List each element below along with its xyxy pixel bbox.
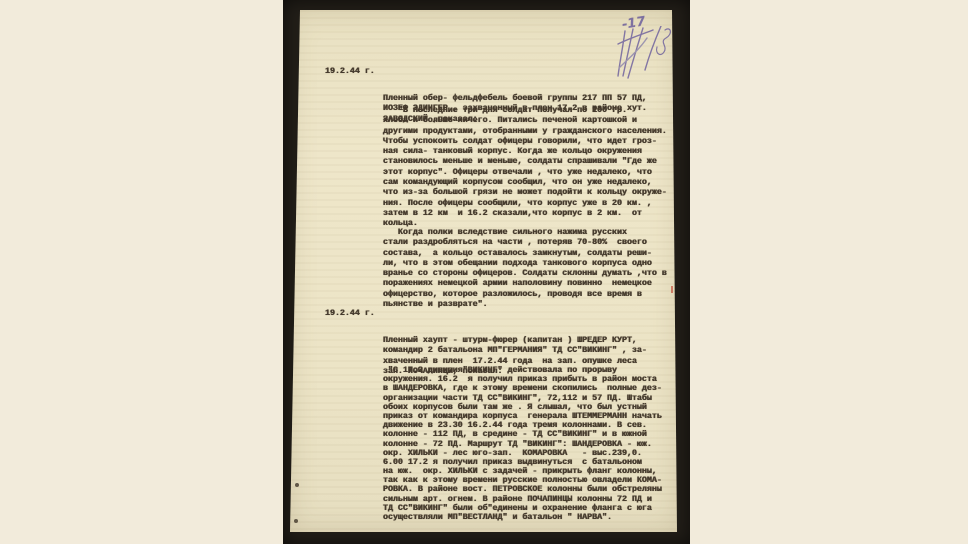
text-line: 6.00 17.2 я получил приказ выдвинуться с… bbox=[383, 458, 662, 467]
text-line: ли, что в этом обещании подхода танковог… bbox=[383, 259, 667, 269]
text-line: на юж. окр. ХИЛЬКИ с задачей - прикрыть … bbox=[383, 467, 662, 476]
text-line: Когда полки вследствие сильного нажима р… bbox=[383, 228, 667, 238]
text-line: ная сила- танковый корпус. Когда же коль… bbox=[383, 147, 667, 157]
text-line: колонне - 112 ПД, в средине - ТД СС"ВИКИ… bbox=[383, 430, 662, 439]
entry-1-date: 19.2.44 г. bbox=[325, 67, 375, 76]
text-line: обоих корпусов были там же . Я слышал, ч… bbox=[383, 403, 662, 412]
text-line: колонне - 72 ПД. Маршрут ТД "ВИКИНГ": ША… bbox=[383, 440, 662, 449]
text-line: сам командующий корпусом сообщил, что он… bbox=[383, 178, 667, 188]
text-line: ния. После офицеры сообщили, что корпус … bbox=[383, 199, 667, 209]
punch-hole bbox=[294, 27, 298, 31]
entry-2-paragraph-1: "С 17.2 дивизия"ВИКИНГ" действовала по п… bbox=[383, 366, 662, 522]
text-line: офицерство, которое разложилось, проводя… bbox=[383, 290, 667, 300]
text-line: стали раздробляться на части , потеряв 7… bbox=[383, 238, 667, 248]
red-edge-mark bbox=[671, 286, 673, 293]
text-line: ТД СС"ВИКИНГ" были об"единены и охранени… bbox=[383, 504, 662, 513]
text-line: сильным арт. огнем. В районе ПОЧАПИНЦЫ к… bbox=[383, 495, 662, 504]
text-line: командир 2 батальона МП"ГЕРМАНИЯ" ТД СС"… bbox=[383, 346, 647, 356]
text-line: состава, а кольцо оставалось замкнутым, … bbox=[383, 249, 667, 259]
text-line: в ШАНДЕРОВКА, где к этому времени скопил… bbox=[383, 384, 662, 393]
text-line: "В последние три дня солдат получал по 1… bbox=[383, 106, 667, 116]
text-line: поражениях немецкой армии наполовину пов… bbox=[383, 279, 667, 289]
punch-hole bbox=[295, 483, 299, 487]
text-line: приказ от командира корпуса генерала ШТЕ… bbox=[383, 412, 662, 421]
text-line: организации части ТД СС"ВИКИНГ", 72,112 … bbox=[383, 394, 662, 403]
text-line: этот корпус". Офицеры отвечали , что уже… bbox=[383, 168, 667, 178]
text-line: окр. ХИЛЬКИ - лес юго-зап. КОМАРОВКА - в… bbox=[383, 449, 662, 458]
text-line: движение в 23.30 16.2.44 года тремя коло… bbox=[383, 421, 662, 430]
text-line: становилось меньше и меньше, солдаты спр… bbox=[383, 157, 667, 167]
text-line: "С 17.2 дивизия"ВИКИНГ" действовала по п… bbox=[383, 366, 662, 375]
text-line: что из-за большой грязи не может подойти… bbox=[383, 188, 667, 198]
document-scan-viewer: -17 19.2.44 г. Пленный обер- фельдфебель… bbox=[0, 0, 968, 544]
text-line: затем в 12 км и 16.2 сказали,что корпус … bbox=[383, 209, 667, 219]
scanned-page: -17 19.2.44 г. Пленный обер- фельдфебель… bbox=[290, 10, 677, 532]
entry-1-paragraph-2: Когда полки вследствие сильного нажима р… bbox=[383, 228, 667, 310]
text-line: вранье со стороны офицеров. Солдаты скло… bbox=[383, 269, 667, 279]
entry-1-paragraph-1: "В последние три дня солдат получал по 1… bbox=[383, 106, 667, 230]
text-line: Пленный хаупт - штурм-фюрер (капитан ) Ш… bbox=[383, 336, 647, 346]
text-line: осуществляли МП"ВЕСТЛАНД" и батальон " Н… bbox=[383, 513, 662, 522]
text-line: другими продуктами, отобранными у гражда… bbox=[383, 127, 667, 137]
scan-backdrop: -17 19.2.44 г. Пленный обер- фельдфебель… bbox=[283, 0, 690, 544]
text-line: Пленный обер- фельдфебель боевой группы … bbox=[383, 94, 647, 104]
text-line: окружения. 16.2 я получил приказ прибыть… bbox=[383, 375, 662, 384]
text-line: хлеба и больше ничего. Питались печеной … bbox=[383, 116, 667, 126]
punch-hole bbox=[292, 64, 296, 68]
text-line: Чтобы успокоить солдат офицеры говорили,… bbox=[383, 137, 667, 147]
entry-2-date: 19.2.44 г. bbox=[325, 309, 375, 318]
punch-hole bbox=[294, 519, 298, 523]
text-line: РОВКА. В районе вост. ПЕТРОВСКОЕ колонны… bbox=[383, 485, 662, 494]
